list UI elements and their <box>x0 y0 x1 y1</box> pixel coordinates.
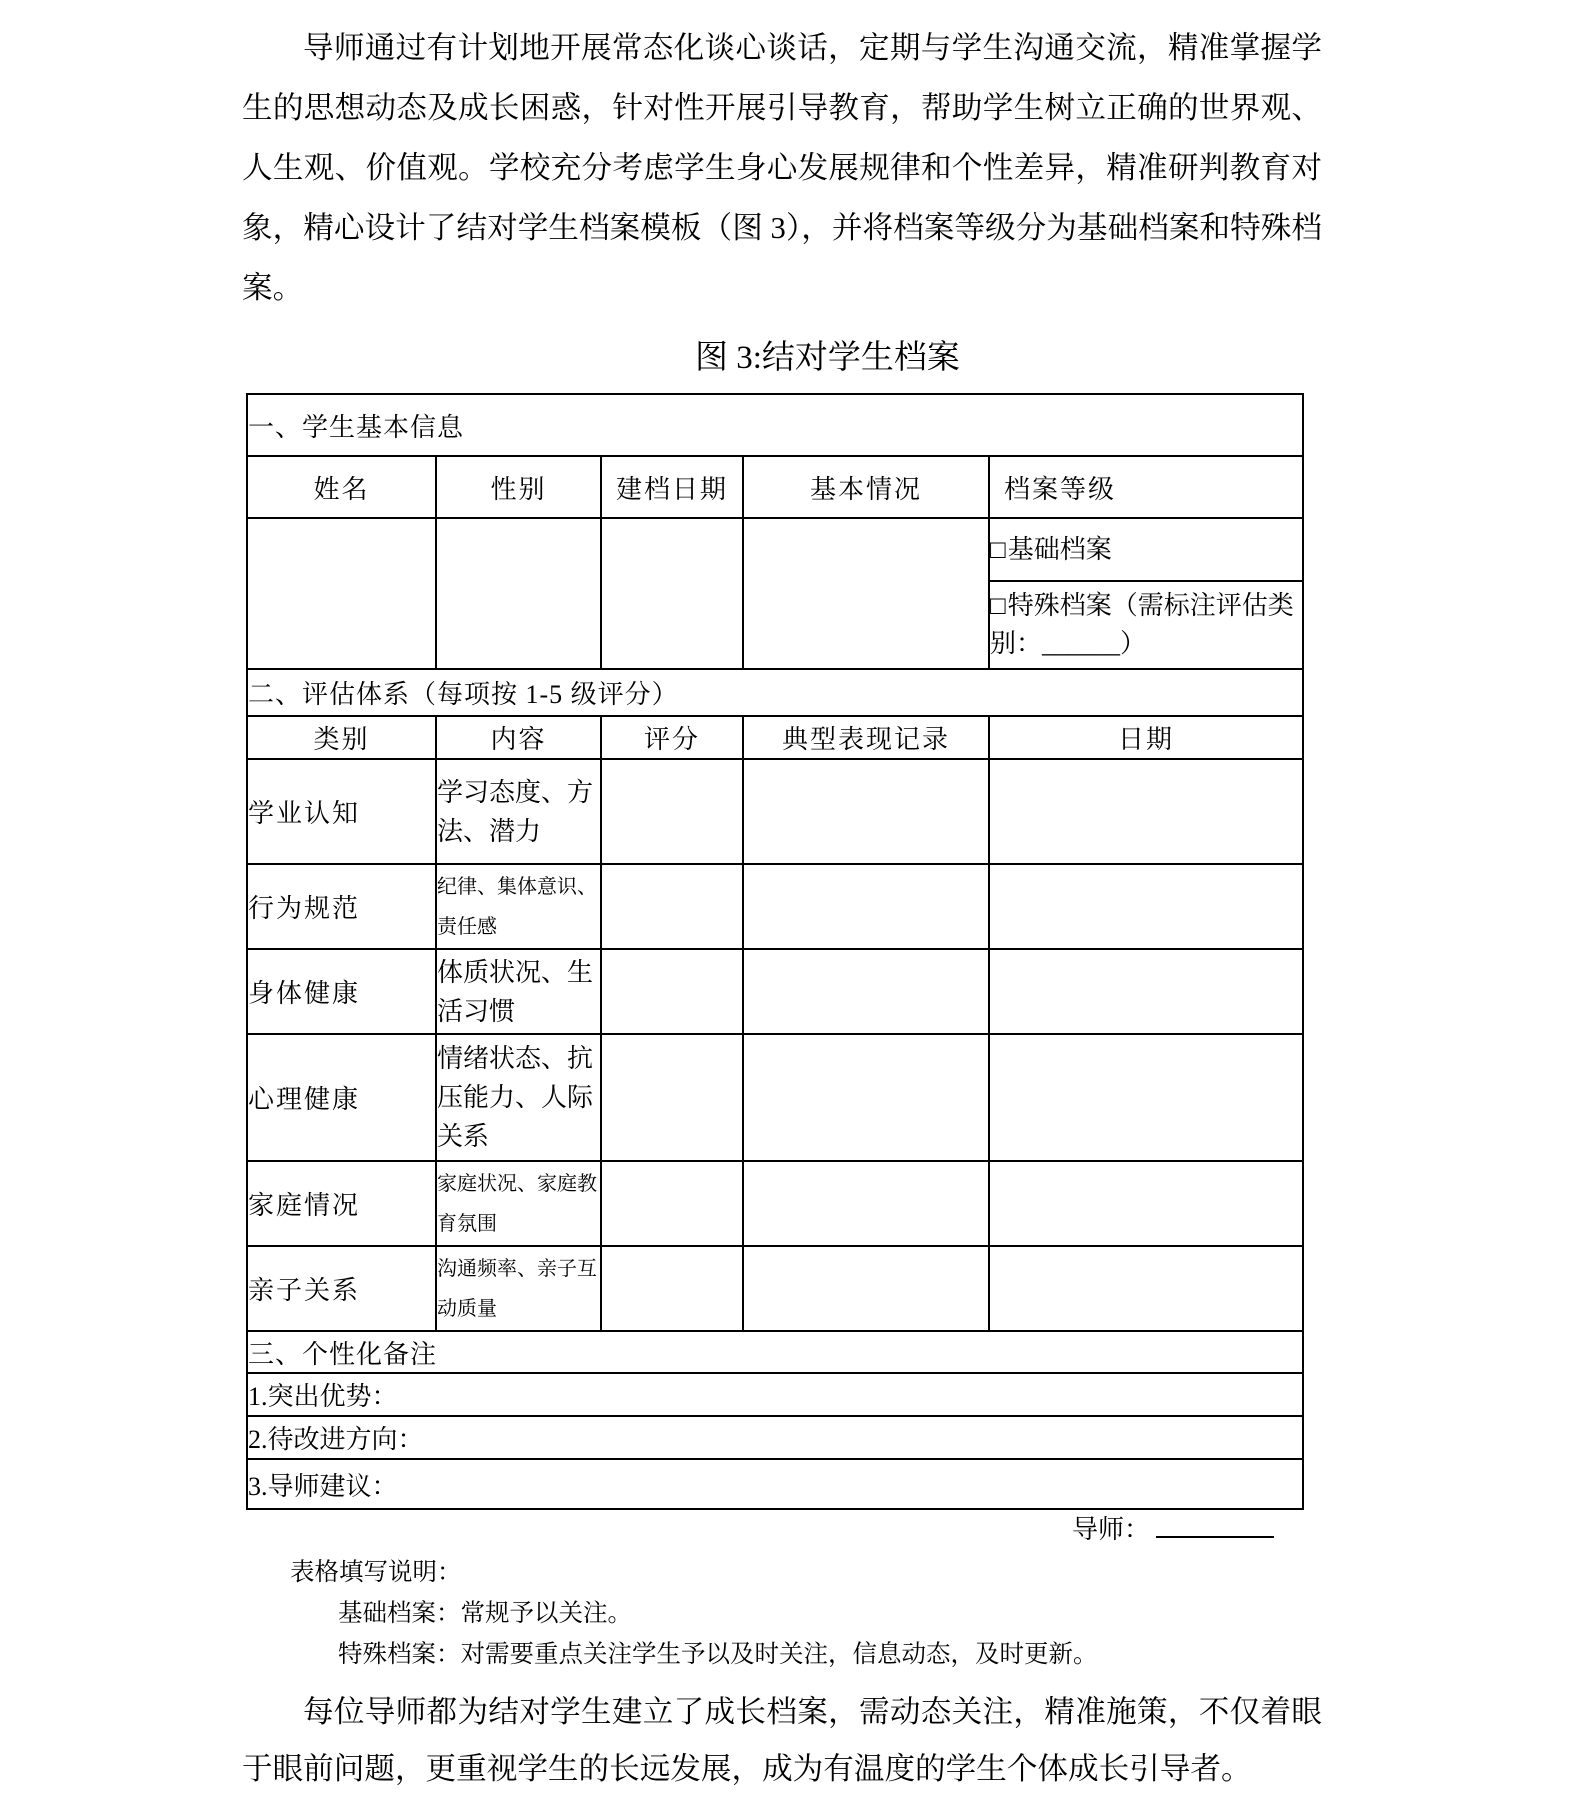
eval-score-cell <box>601 949 743 1034</box>
filing-date-cell <box>601 518 743 669</box>
section1-data-row: □基础档案 <box>247 518 1303 581</box>
note-row-strengths: 1.突出优势： <box>247 1373 1303 1416</box>
closing-paragraph: 每位导师都为结对学生建立了成长档案，需动态关注，精准施策，不仅着眼于眼前问题，更… <box>242 1684 1322 1798</box>
note-item-strengths: 1.突出优势： <box>247 1373 1303 1416</box>
note-row-improvements: 2.待改进方向： <box>247 1416 1303 1459</box>
mentor-blank <box>1156 1512 1274 1538</box>
eval-category-cell: 学业认知 <box>247 759 436 864</box>
eval-row-mental: 心理健康 情绪状态、抗压能力、人际关系 <box>247 1034 1303 1161</box>
header-archive-level: 档案等级 <box>989 456 1303 518</box>
eval-row-academic: 学业认知 学习态度、方法、潜力 <box>247 759 1303 864</box>
header-basic-situation: 基本情况 <box>743 456 989 518</box>
special-archive-label: 特殊档案（需标注评估类别：______） <box>990 591 1294 658</box>
eval-record-cell <box>743 949 989 1034</box>
section3-title-row: 三、个性化备注 <box>247 1331 1303 1373</box>
form-notes: 表格填写说明： 基础档案：常规予以关注。 特殊档案：对需要重点关注学生予以及时关… <box>290 1552 1098 1675</box>
eval-score-cell <box>601 864 743 949</box>
special-archive-option: □特殊档案（需标注评估类别：______） <box>989 581 1303 669</box>
eval-category-cell: 身体健康 <box>247 949 436 1034</box>
header-name: 姓名 <box>247 456 436 518</box>
section2-header-row: 类别 内容 评分 典型表现记录 日期 <box>247 716 1303 759</box>
eval-category-cell: 家庭情况 <box>247 1161 436 1246</box>
eval-date-cell <box>989 759 1303 864</box>
eval-score-cell <box>601 1161 743 1246</box>
eval-row-physical: 身体健康 体质状况、生活习惯 <box>247 949 1303 1034</box>
eval-content-cell: 情绪状态、抗压能力、人际关系 <box>436 1034 601 1161</box>
eval-category-cell: 心理健康 <box>247 1034 436 1161</box>
eval-score-cell <box>601 1034 743 1161</box>
eval-date-cell <box>989 1034 1303 1161</box>
section2-title: 二、评估体系（每项按 1-5 级评分） <box>247 669 1303 716</box>
eval-date-cell <box>989 864 1303 949</box>
mentor-label: 导师： <box>1072 1515 1150 1544</box>
eval-content-cell: 纪律、集体意识、责任感 <box>436 864 601 949</box>
eval-row-family: 家庭情况 家庭状况、家庭教育氛围 <box>247 1161 1303 1246</box>
eval-content-cell: 沟通频率、亲子互动质量 <box>436 1246 601 1331</box>
section3-title: 三、个性化备注 <box>247 1331 1303 1373</box>
checkbox-icon: □ <box>990 531 1006 569</box>
eval-record-cell <box>743 1161 989 1246</box>
checkbox-icon: □ <box>990 587 1006 625</box>
basic-archive-label: 基础档案 <box>1008 535 1112 564</box>
eval-record-cell <box>743 1034 989 1161</box>
section1-title: 一、学生基本信息 <box>247 394 1303 456</box>
basic-situation-cell <box>743 518 989 669</box>
eval-record-cell <box>743 759 989 864</box>
header-category: 类别 <box>247 716 436 759</box>
intro-paragraph: 导师通过有计划地开展常态化谈心谈话，定期与学生沟通交流，精准掌握学生的思想动态及… <box>242 18 1322 318</box>
note-row-mentor-advice: 3.导师建议： <box>247 1459 1303 1509</box>
eval-date-cell <box>989 949 1303 1034</box>
section1-title-row: 一、学生基本信息 <box>247 394 1303 456</box>
eval-content-cell: 家庭状况、家庭教育氛围 <box>436 1161 601 1246</box>
eval-category-cell: 行为规范 <box>247 864 436 949</box>
note-item-mentor-advice: 3.导师建议： <box>247 1459 1303 1509</box>
eval-score-cell <box>601 759 743 864</box>
eval-row-behavior: 行为规范 纪律、集体意识、责任感 <box>247 864 1303 949</box>
eval-score-cell <box>601 1246 743 1331</box>
note-item-improvements: 2.待改进方向： <box>247 1416 1303 1459</box>
eval-date-cell <box>989 1161 1303 1246</box>
eval-record-cell <box>743 864 989 949</box>
header-content: 内容 <box>436 716 601 759</box>
header-typical-record: 典型表现记录 <box>743 716 989 759</box>
eval-category-cell: 亲子关系 <box>247 1246 436 1331</box>
student-archive-table: 一、学生基本信息 姓名 性别 建档日期 基本情况 档案等级 □基础档案 □特殊档… <box>246 393 1304 1510</box>
gender-cell <box>436 518 601 669</box>
basic-archive-option: □基础档案 <box>989 518 1303 581</box>
section2-title-row: 二、评估体系（每项按 1-5 级评分） <box>247 669 1303 716</box>
figure-title: 图 3:结对学生档案 <box>695 336 960 380</box>
header-filing-date: 建档日期 <box>601 456 743 518</box>
notes-line-basic: 基础档案：常规予以关注。 <box>338 1593 1098 1634</box>
mentor-signature-line: 导师： <box>246 1512 1274 1547</box>
eval-record-cell <box>743 1246 989 1331</box>
eval-content-cell: 体质状况、生活习惯 <box>436 949 601 1034</box>
name-cell <box>247 518 436 669</box>
eval-date-cell <box>989 1246 1303 1331</box>
header-date: 日期 <box>989 716 1303 759</box>
notes-line-special: 特殊档案：对需要重点关注学生予以及时关注，信息动态，及时更新。 <box>338 1634 1098 1675</box>
header-score: 评分 <box>601 716 743 759</box>
notes-title: 表格填写说明： <box>290 1552 1098 1593</box>
eval-row-parent-child: 亲子关系 沟通频率、亲子互动质量 <box>247 1246 1303 1331</box>
header-gender: 性别 <box>436 456 601 518</box>
eval-content-cell: 学习态度、方法、潜力 <box>436 759 601 864</box>
section1-header-row: 姓名 性别 建档日期 基本情况 档案等级 <box>247 456 1303 518</box>
